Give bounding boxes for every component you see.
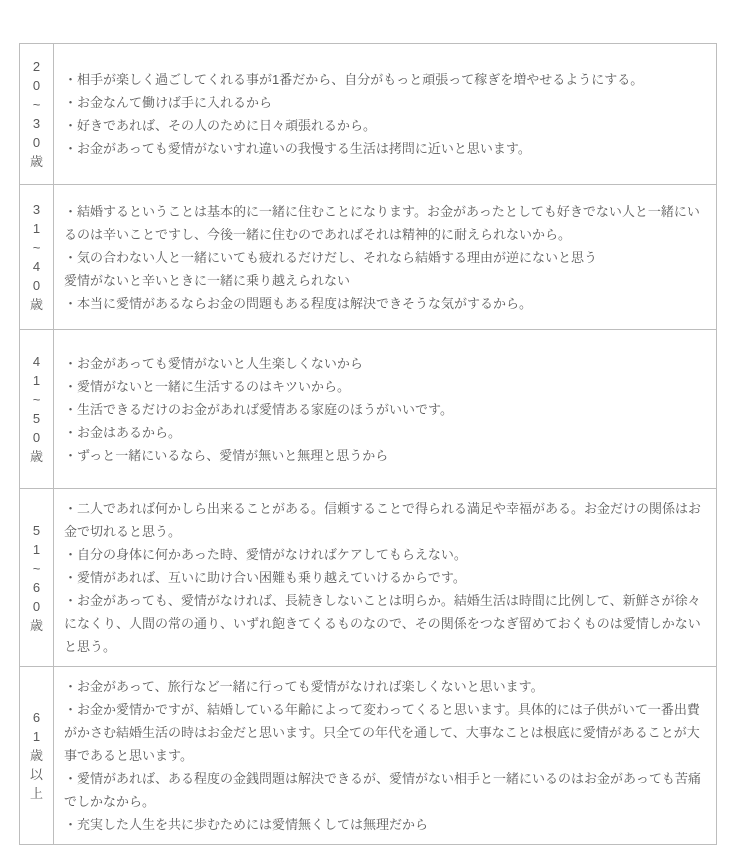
page: 2 0 ~ 3 0 歳 ・相手が楽しく過ごしてくれる事が1番だから、自分がもっと… [0,0,740,828]
comments-text: ・お金があって、旅行など一緒に行っても愛情がなければ楽しくないと思います。 ・お… [54,667,717,845]
age-group-label: 2 0 ~ 3 0 歳 [20,44,54,185]
table-row: 3 1 ~ 4 0 歳 ・結婚するということは基本的に一緒に住むことになります。… [20,185,717,330]
age-table-body: 2 0 ~ 3 0 歳 ・相手が楽しく過ごしてくれる事が1番だから、自分がもっと… [20,44,717,845]
table-row: 2 0 ~ 3 0 歳 ・相手が楽しく過ごしてくれる事が1番だから、自分がもっと… [20,44,717,185]
age-group-label: 3 1 ~ 4 0 歳 [20,185,54,330]
table-row: 6 1 歳 以 上 ・お金があって、旅行など一緒に行っても愛情がなければ楽しくな… [20,667,717,845]
comments-text: ・二人であれば何かしら出来ることがある。信頼することで得られる満足や幸福がある。… [54,489,717,667]
comments-text: ・お金があっても愛情がないと人生楽しくないから ・愛情がないと一緒に生活するのは… [54,330,717,489]
table-row: 4 1 ~ 5 0 歳 ・お金があっても愛情がないと人生楽しくないから ・愛情が… [20,330,717,489]
age-group-label: 6 1 歳 以 上 [20,667,54,845]
age-group-label: 4 1 ~ 5 0 歳 [20,330,54,489]
age-group-label: 5 1 ~ 6 0 歳 [20,489,54,667]
comments-text: ・相手が楽しく過ごしてくれる事が1番だから、自分がもっと頑張って稼ぎを増やせるよ… [54,44,717,185]
table-row: 5 1 ~ 6 0 歳 ・二人であれば何かしら出来ることがある。信頼することで得… [20,489,717,667]
age-comments-table: 2 0 ~ 3 0 歳 ・相手が楽しく過ごしてくれる事が1番だから、自分がもっと… [19,43,717,845]
comments-text: ・結婚するということは基本的に一緒に住むことになります。お金があったとしても好き… [54,185,717,330]
